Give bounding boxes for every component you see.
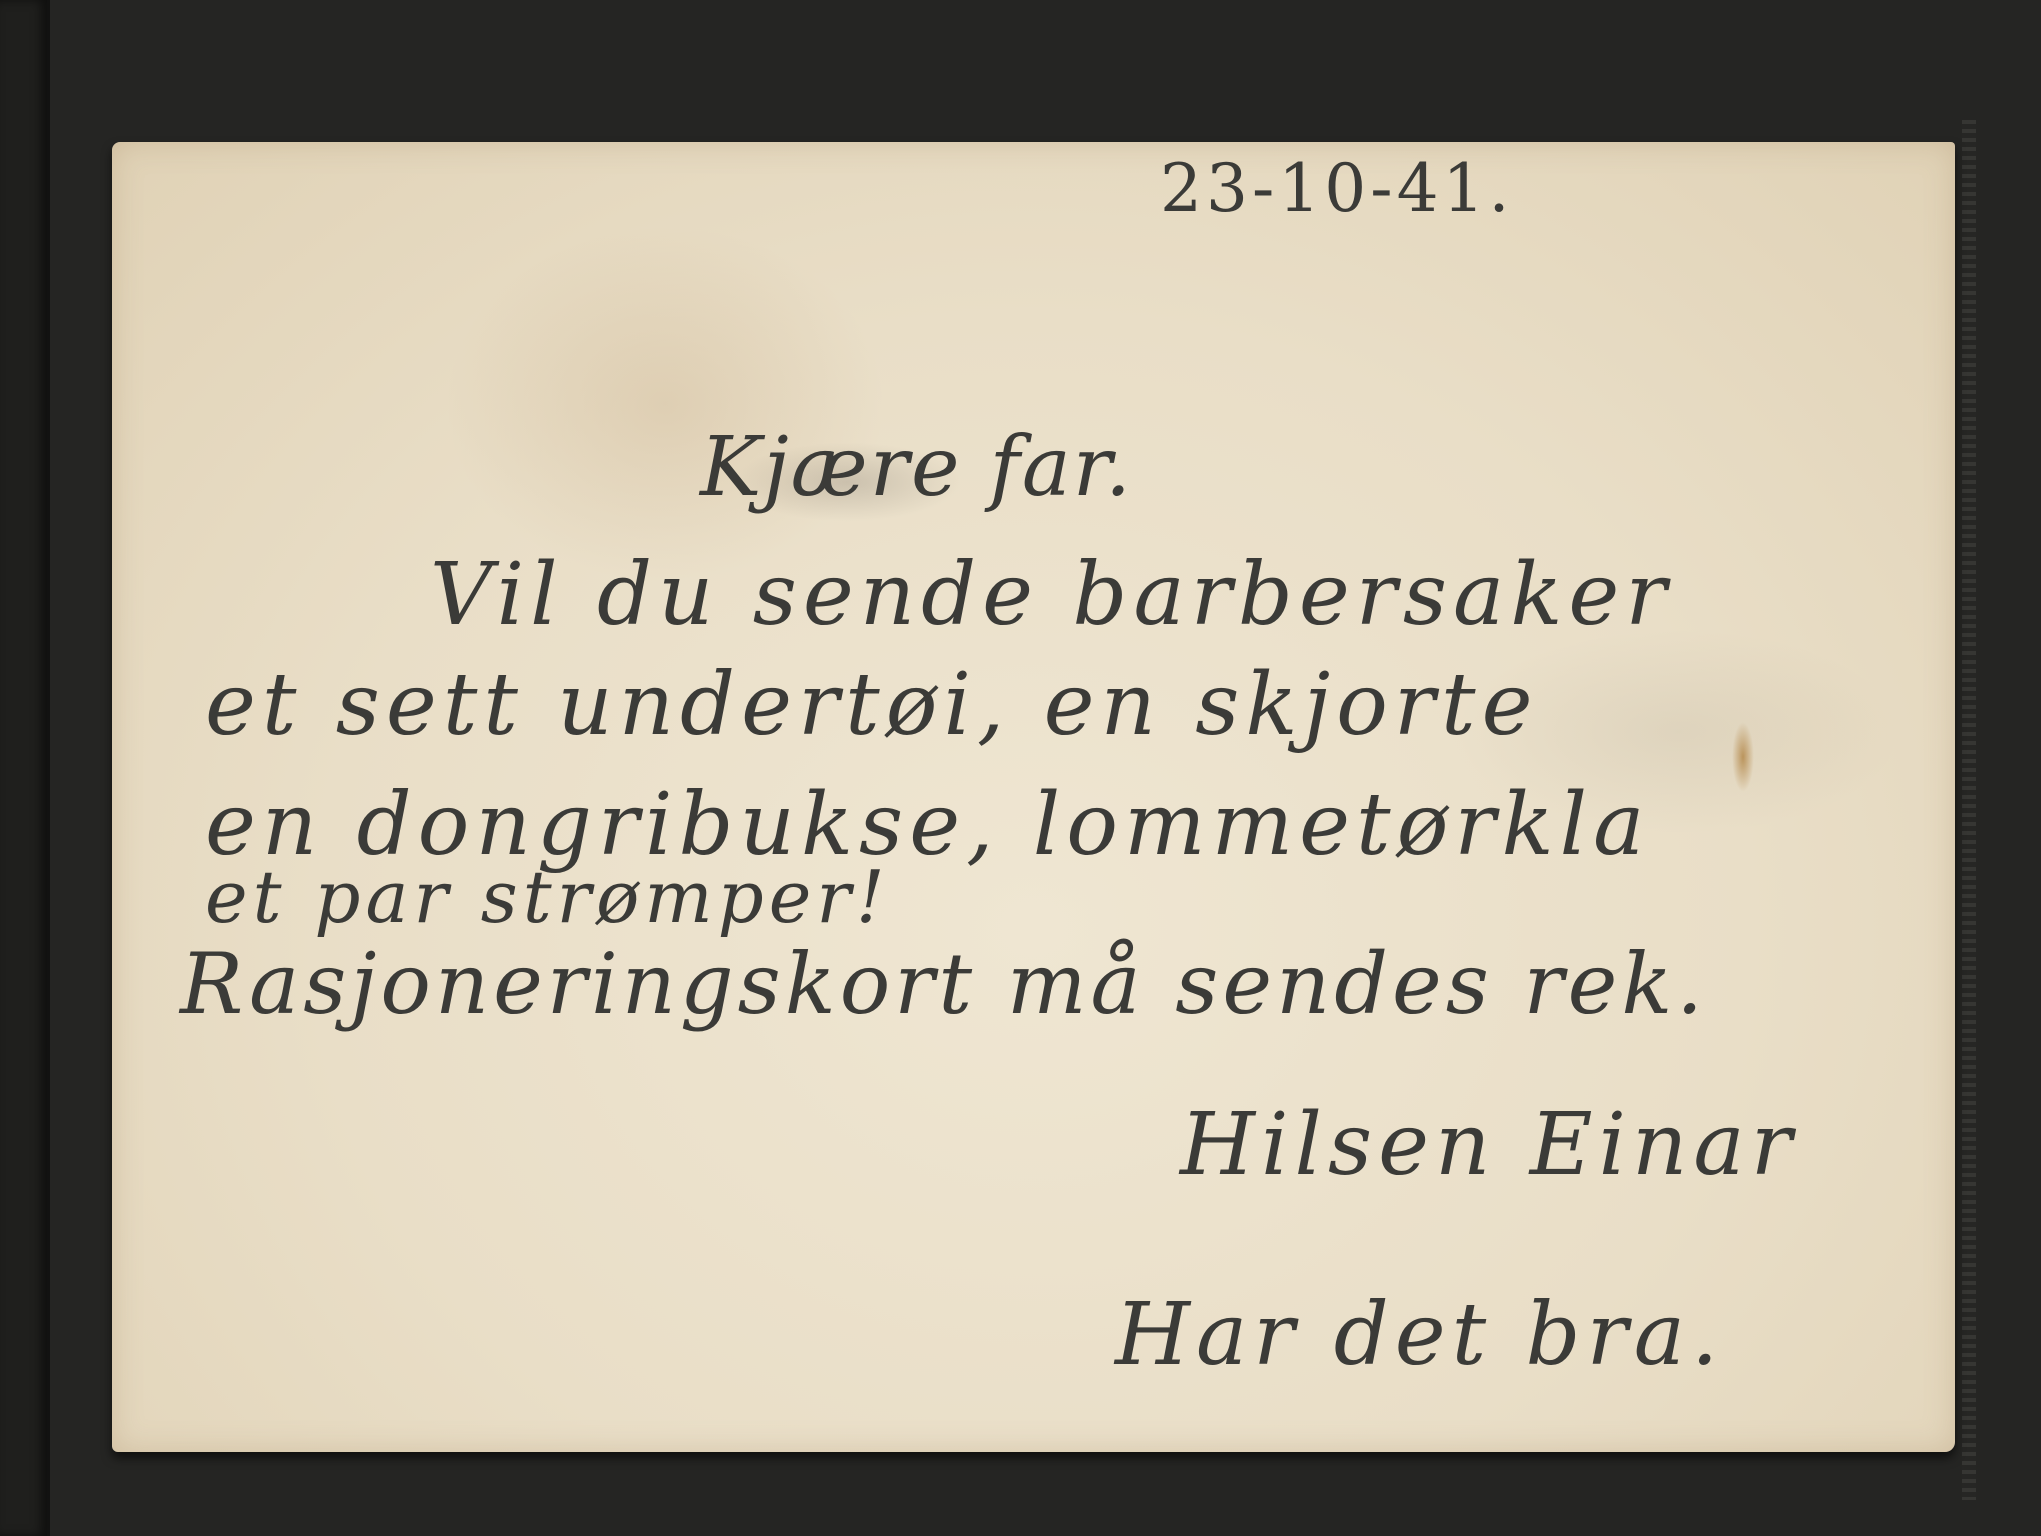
album-perforation xyxy=(1962,120,1976,1500)
rust-stain xyxy=(1732,722,1754,792)
body-line-4: et par strømper! xyxy=(205,855,890,939)
album-page-spine xyxy=(0,0,50,1536)
signature: Hilsen Einar xyxy=(1180,1095,1798,1195)
handwritten-date: 23-10-41. xyxy=(1160,150,1514,227)
body-line-1: Vil du sende barbersaker xyxy=(430,545,1672,645)
body-line-2: et sett undertøi, en skjorte xyxy=(205,655,1539,755)
closing-line: Har det bra. xyxy=(1115,1285,1724,1385)
salutation: Kjære far. xyxy=(700,420,1133,515)
body-line-5: Rasjoneringskort må sendes rek. xyxy=(180,935,1707,1033)
